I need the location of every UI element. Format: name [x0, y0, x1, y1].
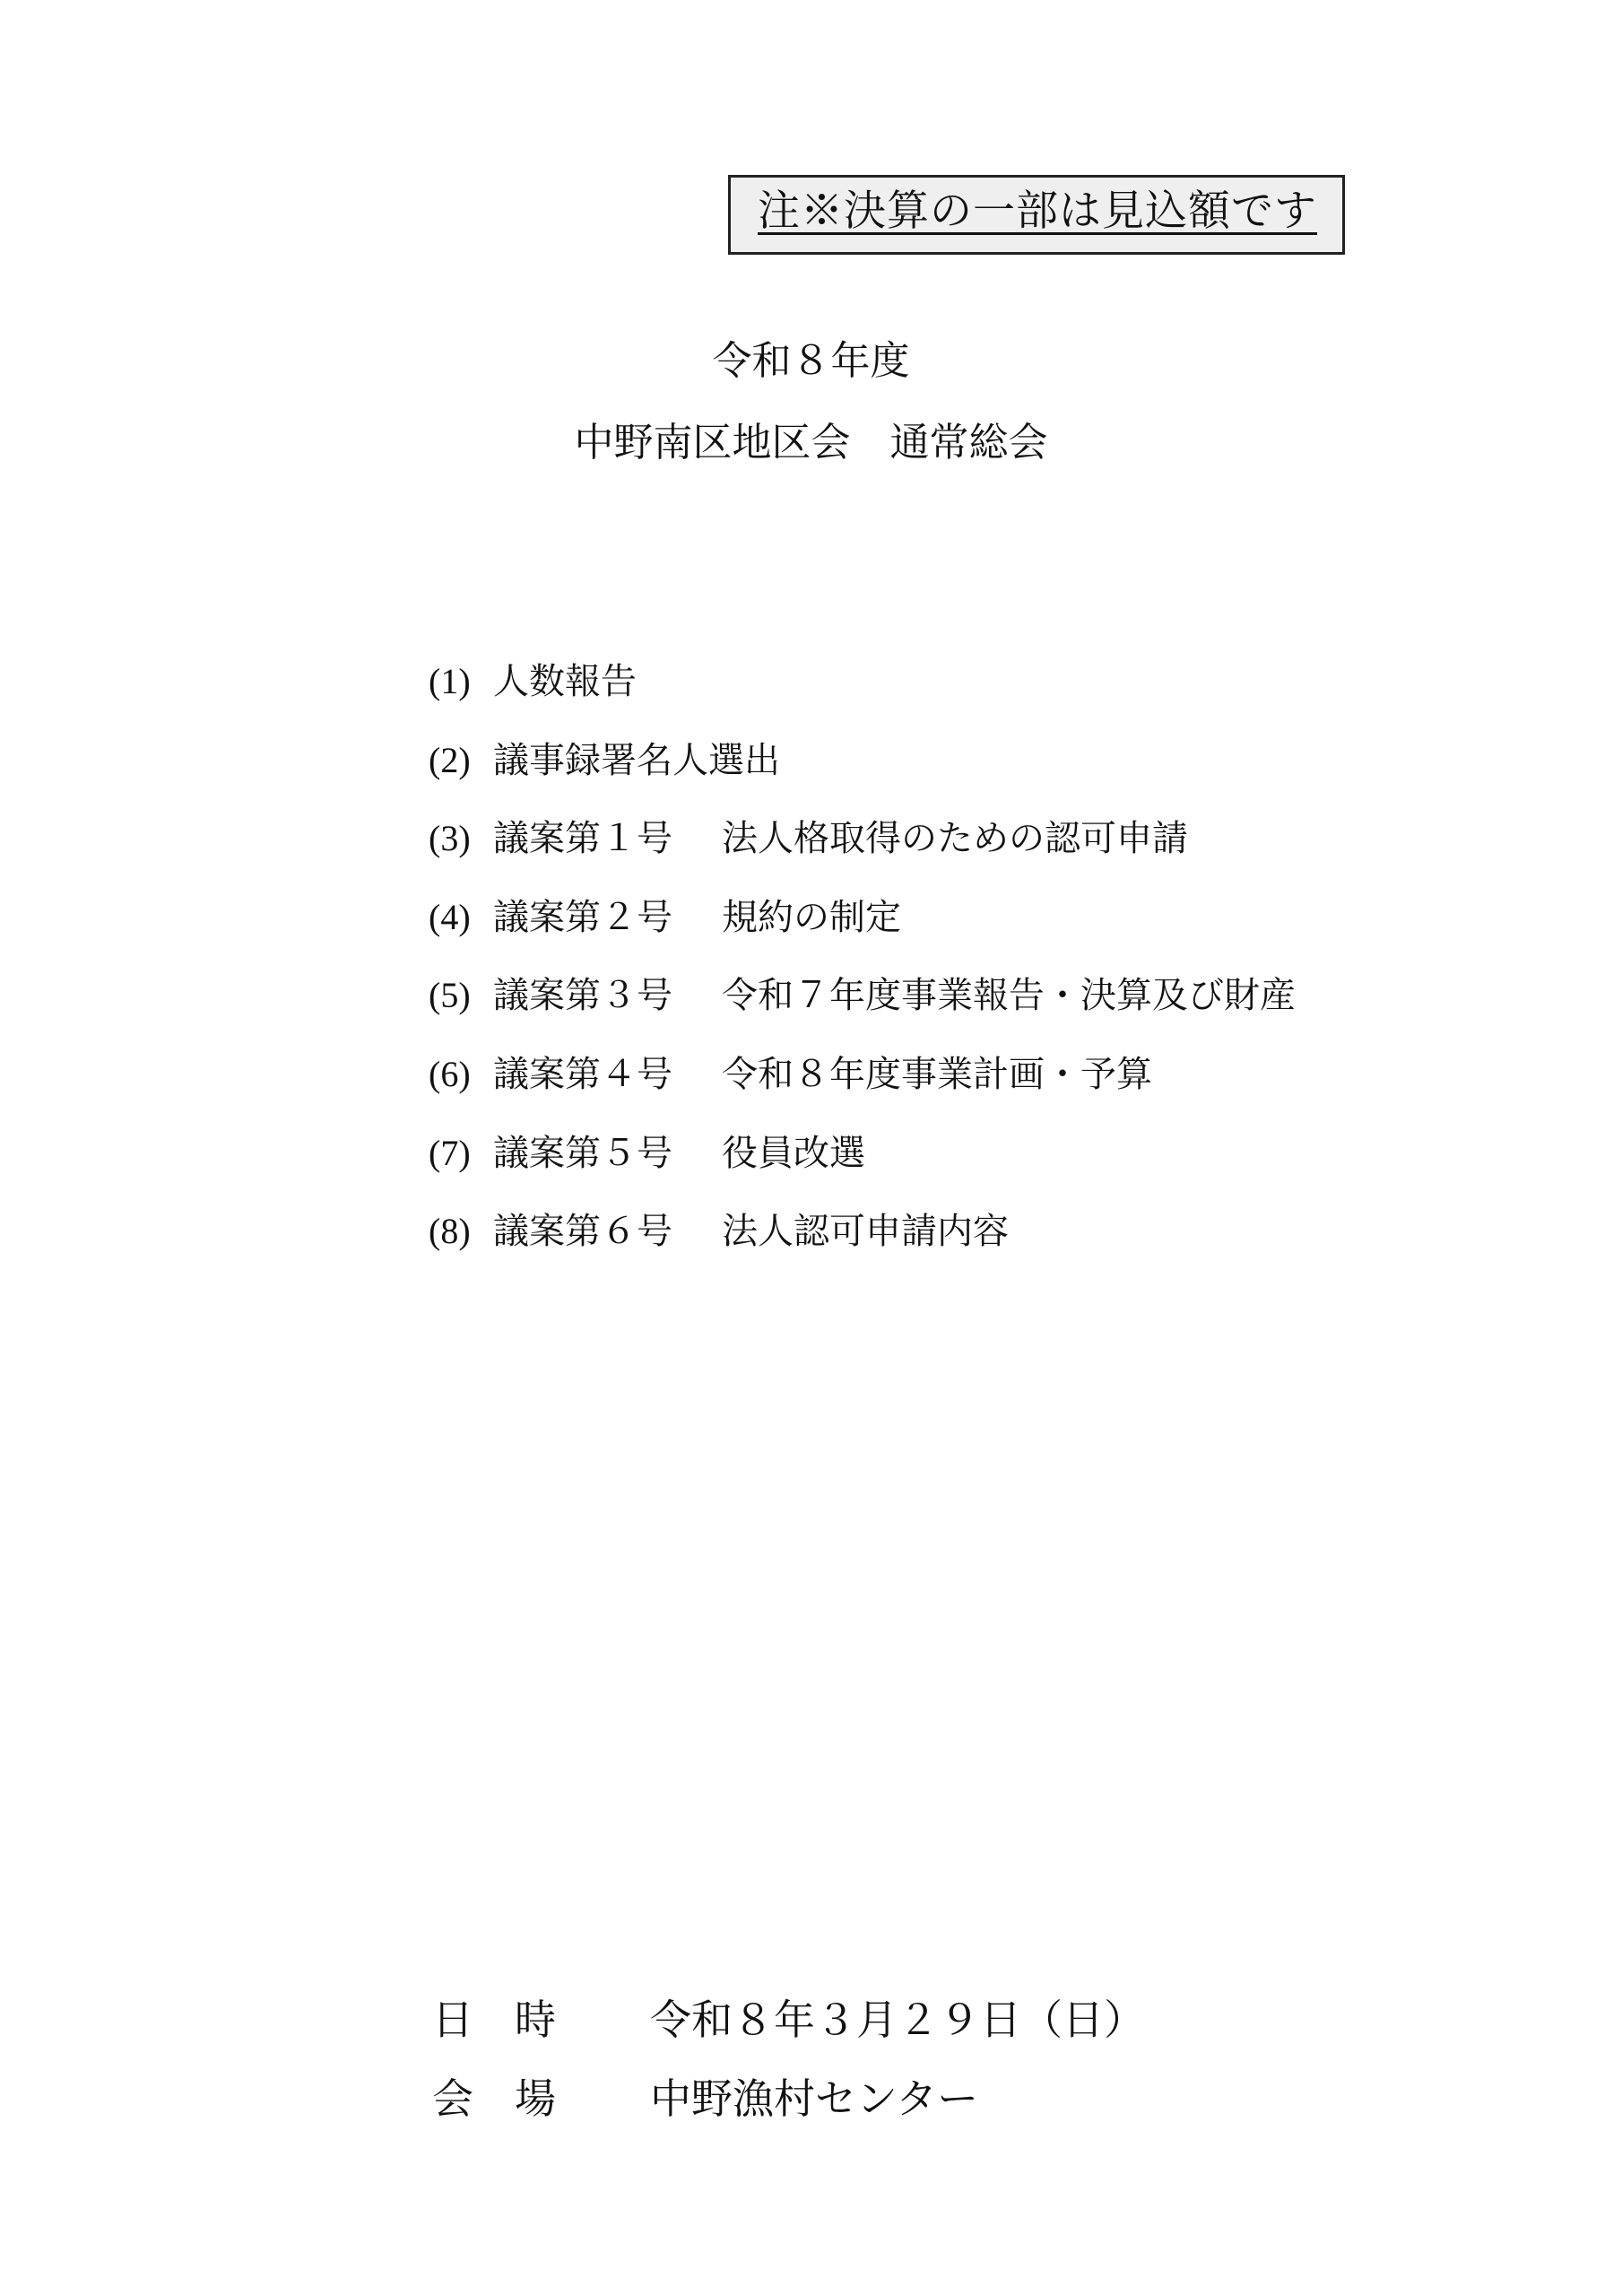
venue-value: 中野漁村センター	[650, 2072, 978, 2126]
agenda-item-motion: 議案第２号	[493, 891, 722, 970]
agenda-item-title: 令和７年度事業報告・決算及び財産	[722, 969, 1296, 1048]
agenda-item-number: (4)	[429, 891, 493, 970]
agenda-item-title: 規約の制定	[722, 891, 901, 970]
agenda-item-number: (6)	[429, 1048, 493, 1126]
notice-box: 注※決算の一部は見込額です	[728, 175, 1345, 255]
agenda-item-title: 法人認可申請内容	[722, 1205, 1009, 1283]
agenda-item-title: 議事録署名人選出	[493, 734, 780, 813]
notice-text: 注※決算の一部は見込額です	[758, 185, 1317, 239]
agenda-item: (4) 議案第２号 規約の制定	[429, 891, 1296, 970]
agenda-item-number: (8)	[429, 1205, 493, 1283]
agenda-item-motion: 議案第４号	[493, 1048, 722, 1126]
agenda-item: (1) 人数報告	[429, 655, 1296, 734]
datetime-value: 令和８年３月２９日（日）	[650, 1993, 1145, 2047]
agenda-item-motion: 議案第３号	[493, 969, 722, 1048]
agenda-item-title: 法人格取得のための認可申請	[722, 812, 1188, 891]
document-page: 注※決算の一部は見込額です 令和８年度 中野南区地区会 通常総会 (1) 人数報…	[0, 0, 1622, 2296]
agenda-item: (8) 議案第６号 法人認可申請内容	[429, 1205, 1296, 1283]
agenda-item-number: (3)	[429, 812, 493, 891]
title-fiscal-year: 令和８年度	[0, 336, 1622, 387]
agenda-item: (7) 議案第５号 役員改選	[429, 1126, 1296, 1205]
agenda-item-motion: 議案第１号	[493, 812, 722, 891]
agenda-item-motion: 議案第５号	[493, 1126, 722, 1205]
agenda-item-title: 令和８年度事業計画・予算	[722, 1048, 1152, 1126]
agenda-item-title: 役員改選	[722, 1126, 865, 1205]
agenda-item: (2) 議事録署名人選出	[429, 734, 1296, 813]
agenda-item: (5) 議案第３号 令和７年度事業報告・決算及び財産	[429, 969, 1296, 1048]
venue-label: 会場	[432, 2072, 650, 2126]
datetime-label: 日時	[432, 1993, 650, 2047]
agenda-item: (6) 議案第４号 令和８年度事業計画・予算	[429, 1048, 1296, 1126]
title-meeting-name: 中野南区地区会 通常総会	[0, 418, 1622, 468]
agenda-item-title: 人数報告	[493, 655, 637, 734]
agenda-item-number: (2)	[429, 734, 493, 813]
agenda-item-number: (7)	[429, 1126, 493, 1205]
agenda-list: (1) 人数報告 (2) 議事録署名人選出 (3) 議案第１号 法人格取得のため…	[429, 655, 1296, 1283]
agenda-item: (3) 議案第１号 法人格取得のための認可申請	[429, 812, 1296, 891]
agenda-item-motion: 議案第６号	[493, 1205, 722, 1283]
venue-row: 会場 中野漁村センター	[432, 2072, 978, 2126]
agenda-item-number: (5)	[429, 969, 493, 1048]
agenda-item-number: (1)	[429, 655, 493, 734]
datetime-row: 日時 令和８年３月２９日（日）	[432, 1993, 1145, 2047]
